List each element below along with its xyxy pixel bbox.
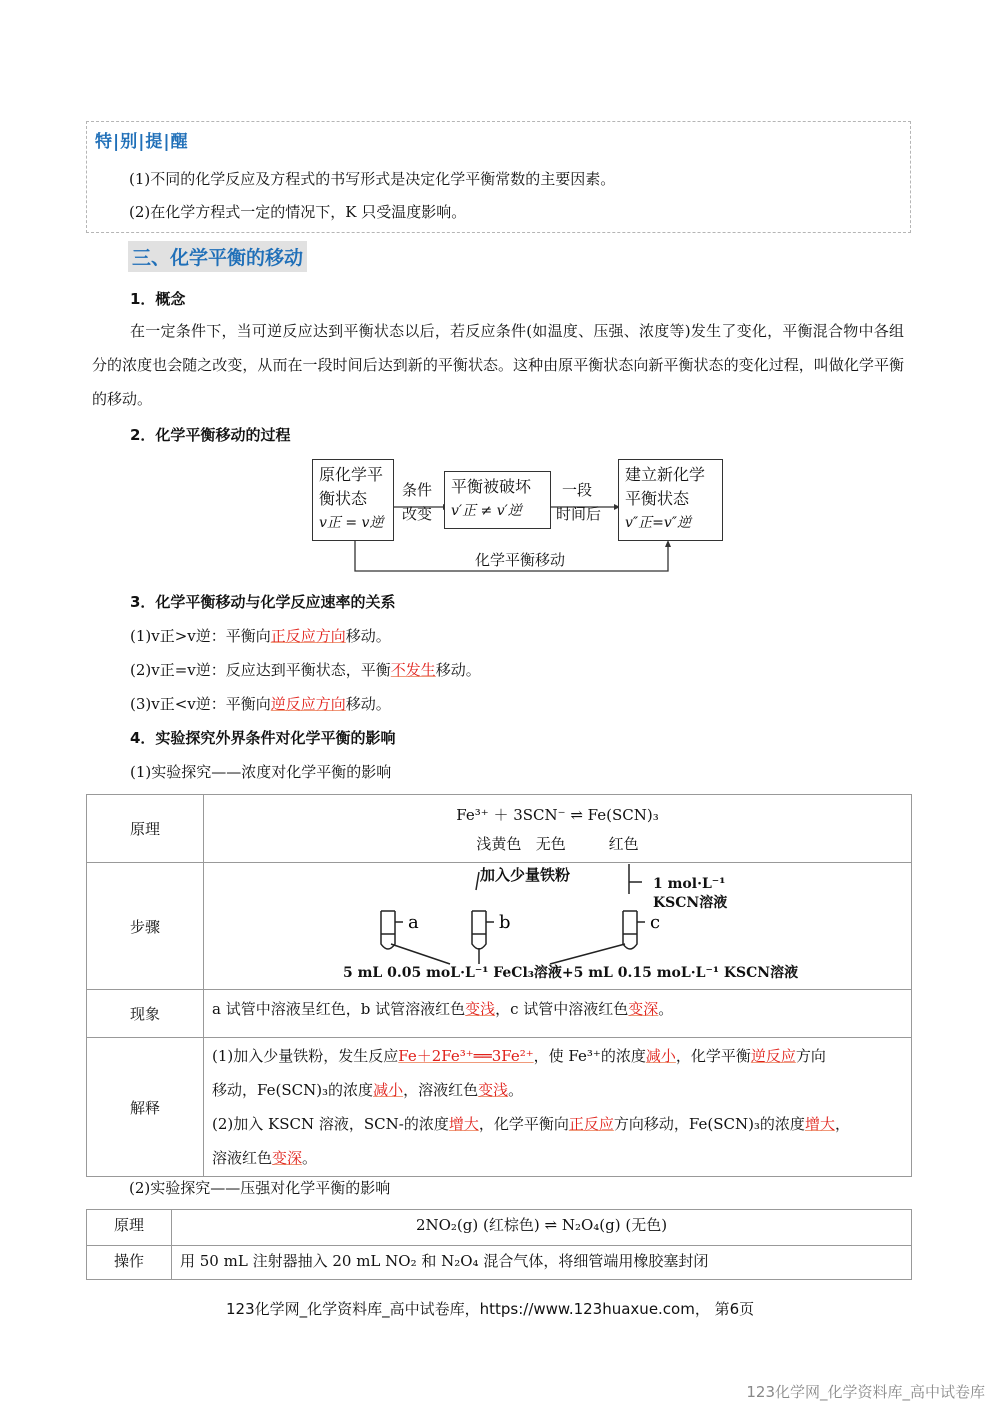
explain-line-3: (2)加入 KSCN 溶液，SCN-的浓度增大，化学平衡向正反应方向移动，Fe(…: [212, 1107, 910, 1141]
answer: Fe＋2Fe³⁺══3Fe²⁺: [398, 1047, 533, 1065]
relation-3-text: (3)v正<v逆：平衡向: [130, 695, 271, 713]
box3-equation: v″正=v″逆: [625, 511, 716, 535]
principle-colors: 浅黄色 无色 红色: [205, 833, 910, 854]
t: 方向: [796, 1047, 826, 1065]
page-footer: 123化学网_化学资料库_高中试卷库，https://www.123huaxue…: [226, 1298, 754, 1319]
phenomenon-text-3: 。: [658, 1000, 673, 1018]
row-operation: 操作 用 50 mL 注射器抽入 20 mL NO₂ 和 N₂O₄ 混合气体，将…: [87, 1246, 912, 1280]
box3-line1: 建立新化学: [625, 463, 716, 487]
heading-rate-relation: 3．化学平衡移动与化学反应速率的关系: [130, 591, 395, 612]
heading-process: 2．化学平衡移动的过程: [130, 424, 290, 445]
shift-label: 化学平衡移动: [475, 549, 565, 570]
answer: 正反应: [569, 1115, 614, 1133]
relation-3: (3)v正<v逆：平衡向逆反应方向移动。: [130, 693, 391, 714]
special-reminder-title: 特|别|提|醒: [95, 127, 189, 152]
t: (1)加入少量铁粉，发生反应: [212, 1047, 398, 1065]
relation-1-answer: 正反应方向: [271, 627, 346, 645]
t: 移动，Fe(SCN)₃的浓度: [212, 1081, 373, 1099]
label-principle-2: 原理: [87, 1210, 172, 1246]
principle-2-cell: 2NO₂(g) (红棕色) ⇌ N₂O₄(g) (无色): [172, 1210, 912, 1246]
arrow2-bottom-label: 时间后: [556, 503, 601, 524]
pressure-experiment-table: 原理 2NO₂(g) (红棕色) ⇌ N₂O₄(g) (无色) 操作 用 50 …: [86, 1209, 912, 1280]
box2-equation: v′正 ≠ v′逆: [451, 499, 544, 523]
box2-line1: 平衡被破坏: [451, 475, 544, 499]
box1-equation: v正 = v逆: [319, 511, 387, 535]
principle-equation: Fe³⁺ ＋ 3SCN⁻ ⇌ Fe(SCN)₃: [205, 804, 910, 825]
explain-line-2: 移动，Fe(SCN)₃的浓度减小，溶液红色变浅。: [212, 1073, 910, 1107]
solution-mixture-label: 5 mL 0.05 moL·L⁻¹ FeCl₃溶液+5 mL 0.15 moL·…: [343, 962, 798, 982]
t: 溶液红色: [212, 1149, 272, 1167]
explain-line-4: 溶液红色变深。: [212, 1141, 910, 1175]
svg-text:b: b: [499, 912, 511, 933]
row-principle: 原理 Fe³⁺ ＋ 3SCN⁻ ⇌ Fe(SCN)₃ 浅黄色 无色 红色: [87, 795, 912, 863]
label-steps: 步骤: [87, 863, 204, 990]
color-fescn3: 红色: [609, 835, 639, 853]
phenomenon-text-2: ，c 试管中溶液红色: [495, 1000, 628, 1018]
new-equilibrium-box: 建立新化学 平衡状态 v″正=v″逆: [618, 459, 723, 541]
relation-2: (2)v正=v逆：反应达到平衡状态，平衡不发生移动。: [130, 659, 481, 680]
t: ，: [835, 1115, 850, 1133]
steps-cell: a b c 加入少量铁粉 1 mol·L⁻¹ KSCN溶液 5 mL 0.05 …: [204, 863, 912, 990]
reminder-item-1: (1)不同的化学反应及方程式的书写形式是决定化学平衡常数的主要因素。: [129, 168, 615, 189]
label-phenomenon: 现象: [87, 990, 204, 1038]
t: 。: [302, 1149, 317, 1167]
arrow1-top-label: 条件: [402, 479, 432, 500]
color-fe3: 浅黄色: [476, 835, 521, 853]
svg-text:c: c: [650, 912, 660, 933]
relation-1-text: (1)v正>v逆：平衡向: [130, 627, 271, 645]
kscn-conc-label: 1 mol·L⁻¹: [653, 876, 725, 892]
test-tube-illustration: a b c 加入少量铁粉 1 mol·L⁻¹ KSCN溶液 5 mL 0.05 …: [205, 864, 910, 988]
t: ，化学平衡: [676, 1047, 751, 1065]
answer: 减小: [373, 1081, 403, 1099]
box3-line2: 平衡状态: [625, 487, 716, 511]
answer: 减小: [646, 1047, 676, 1065]
row-phenomenon: 现象 a 试管中溶液呈红色，b 试管溶液红色变浅，c 试管中溶液红色变深。: [87, 990, 912, 1038]
answer: 逆反应: [751, 1047, 796, 1065]
t: ，溶液红色: [403, 1081, 478, 1099]
row-steps: 步骤 a b c 加入少量铁粉 1 mol·L⁻: [87, 863, 912, 990]
relation-2-answer: 不发生: [391, 661, 436, 679]
relation-3-answer: 逆反应方向: [271, 695, 346, 713]
concentration-experiment-table: 原理 Fe³⁺ ＋ 3SCN⁻ ⇌ Fe(SCN)₃ 浅黄色 无色 红色 步骤: [86, 794, 912, 1177]
phenomenon-cell: a 试管中溶液呈红色，b 试管溶液红色变浅，c 试管中溶液红色变深。: [204, 990, 912, 1038]
relation-3-suffix: 移动。: [346, 695, 391, 713]
concept-paragraph: 在一定条件下，当可逆反应达到平衡状态以后，若反应条件(如温度、压强、浓度等)发生…: [92, 314, 904, 416]
label-operation: 操作: [87, 1246, 172, 1280]
equilibrium-broken-box: 平衡被破坏 v′正 ≠ v′逆: [444, 471, 551, 529]
answer: 变浅: [478, 1081, 508, 1099]
t: 。: [508, 1081, 523, 1099]
answer: 变深: [272, 1149, 302, 1167]
reminder-item-2: (2)在化学方程式一定的情况下，K 只受温度影响。: [129, 201, 466, 222]
label-explain: 解释: [87, 1038, 204, 1177]
operation-cell: 用 50 mL 注射器抽入 20 mL NO₂ 和 N₂O₄ 混合气体，将细管端…: [172, 1246, 912, 1280]
answer: 增大: [449, 1115, 479, 1133]
label-principle: 原理: [87, 795, 204, 863]
equilibrium-shift-diagram: 原化学平 衡状态 v正 = v逆 条件 改变 平衡被破坏 v′正 ≠ v′逆 一…: [310, 457, 725, 577]
phenomenon-answer-1: 变浅: [465, 1000, 495, 1018]
relation-2-suffix: 移动。: [436, 661, 481, 679]
explain-line-1: (1)加入少量铁粉，发生反应Fe＋2Fe³⁺══3Fe²⁺，使 Fe³⁺的浓度减…: [212, 1039, 910, 1073]
answer: 增大: [805, 1115, 835, 1133]
heading-experiment: 4．实验探究外界条件对化学平衡的影响: [130, 727, 395, 748]
t: 方向移动，Fe(SCN)₃的浓度: [614, 1115, 805, 1133]
row-explain: 解释 (1)加入少量铁粉，发生反应Fe＋2Fe³⁺══3Fe²⁺，使 Fe³⁺的…: [87, 1038, 912, 1177]
relation-2-text: (2)v正=v逆：反应达到平衡状态，平衡: [130, 661, 391, 679]
kscn-solution-label: KSCN溶液: [653, 892, 727, 912]
box1-line1: 原化学平: [319, 463, 387, 487]
phenomenon-answer-2: 变深: [628, 1000, 658, 1018]
section-heading: 三、化学平衡的移动: [128, 241, 307, 272]
box1-line2: 衡状态: [319, 487, 387, 511]
svg-text:a: a: [408, 912, 419, 933]
explain-cell: (1)加入少量铁粉，发生反应Fe＋2Fe³⁺══3Fe²⁺，使 Fe³⁺的浓度减…: [204, 1038, 912, 1177]
original-equilibrium-box: 原化学平 衡状态 v正 = v逆: [312, 459, 394, 541]
row-principle-2: 原理 2NO₂(g) (红棕色) ⇌ N₂O₄(g) (无色): [87, 1210, 912, 1246]
phenomenon-text-1: a 试管中溶液呈红色，b 试管溶液红色: [212, 1000, 465, 1018]
arrow1-bottom-label: 改变: [402, 503, 432, 524]
principle-cell: Fe³⁺ ＋ 3SCN⁻ ⇌ Fe(SCN)₃ 浅黄色 无色 红色: [204, 795, 912, 863]
relation-1-suffix: 移动。: [346, 627, 391, 645]
add-iron-label: 加入少量铁粉: [480, 864, 570, 885]
t: (2)加入 KSCN 溶液，SCN-的浓度: [212, 1115, 449, 1133]
experiment-2-title: (2)实验探究——压强对化学平衡的影响: [129, 1177, 390, 1198]
t: ，使 Fe³⁺的浓度: [534, 1047, 646, 1065]
watermark: 123化学网_化学资料库_高中试卷库: [746, 1381, 985, 1402]
arrow2-top-label: 一段: [562, 479, 592, 500]
experiment-1-title: (1)实验探究——浓度对化学平衡的影响: [130, 761, 391, 782]
relation-1: (1)v正>v逆：平衡向正反应方向移动。: [130, 625, 391, 646]
color-scn: 无色: [536, 835, 566, 853]
t: ，化学平衡向: [479, 1115, 569, 1133]
heading-concept: 1．概念: [130, 288, 185, 309]
